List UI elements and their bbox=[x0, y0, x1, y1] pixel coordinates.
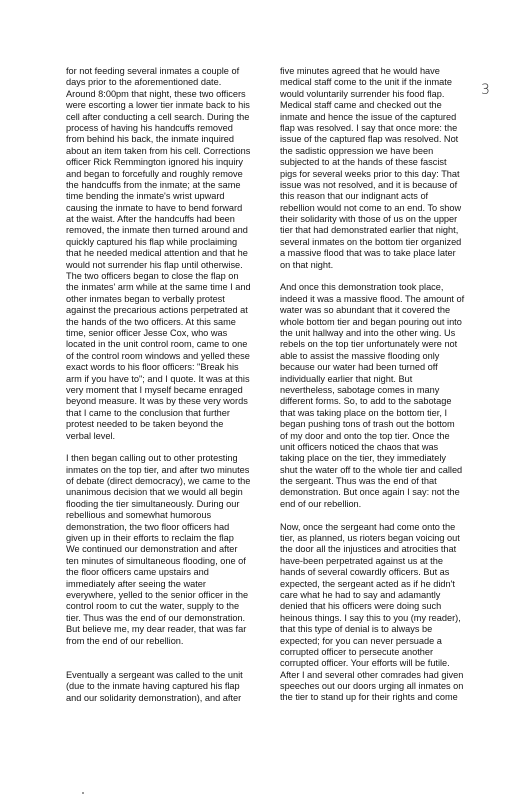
text-line: inmates on the top tier, and after two m… bbox=[66, 465, 272, 476]
text-line: five minutes agreed that he would have bbox=[280, 66, 492, 77]
text-line: from behind his back, the inmate inquire… bbox=[66, 134, 272, 145]
text-line: against the precarious actions perpetrat… bbox=[66, 305, 272, 316]
text-line: began pushing tons of trash out the bott… bbox=[280, 419, 492, 430]
text-line: corrupted officer. Your efforts will be … bbox=[280, 658, 492, 669]
paragraph: I then began calling out to other protes… bbox=[66, 453, 272, 647]
text-line: process of having his handcuffs removed bbox=[66, 123, 272, 134]
text-line: nevertheless, sabotage comes in many bbox=[280, 385, 492, 396]
text-line: officer Rick Remmington ignored his inqu… bbox=[66, 157, 272, 168]
text-line: at the waist. After the handcuffs had be… bbox=[66, 214, 272, 225]
text-line: on that night. bbox=[280, 260, 492, 271]
text-line: cell after conducting a cell search. Dur… bbox=[66, 112, 272, 123]
text-line: pigs for several weeks prior to this day… bbox=[280, 169, 492, 180]
text-line: for not feeding several inmates a couple… bbox=[66, 66, 272, 77]
text-line: issue of the captured flap was resolved.… bbox=[280, 134, 492, 145]
text-line: the sergeant. Thus was the end of that bbox=[280, 476, 492, 487]
text-line: control room to cut the water, supply to… bbox=[66, 601, 272, 612]
text-line: ten minutes of simultaneous flooding, on… bbox=[66, 556, 272, 567]
text-line: and our solidarity demonstration), and a… bbox=[66, 693, 272, 704]
paragraph: And once this demonstration took place,i… bbox=[280, 282, 492, 510]
text-line: everywhere, yelled to the senior officer… bbox=[66, 590, 272, 601]
text-line: tier that had demonstrated earlier that … bbox=[280, 225, 492, 236]
text-line: other inmates began to verbally protest bbox=[66, 294, 272, 305]
text-line: located in the unit control room, came t… bbox=[66, 339, 272, 350]
text-line: individually earlier that night. But bbox=[280, 374, 492, 385]
text-line: expected, the sergeant acted as if he di… bbox=[280, 579, 492, 590]
paragraph-gap bbox=[280, 510, 492, 521]
text-line: We continued our demonstration and after bbox=[66, 544, 272, 555]
text-line: of debate (direct democracy), we came to… bbox=[66, 476, 272, 487]
text-line: would not surrender his flap until other… bbox=[66, 260, 272, 271]
text-line: different forms. So, to add to the sabot… bbox=[280, 396, 492, 407]
paragraph-gap bbox=[280, 271, 492, 282]
left-column: for not feeding several inmates a couple… bbox=[66, 66, 272, 704]
text-line: the floor officers came upstairs and bbox=[66, 567, 272, 578]
text-line: expected; for you can never persuade a bbox=[280, 636, 492, 647]
text-line: days prior to the aforementioned date. bbox=[66, 77, 272, 88]
text-line: flap was resolved. I say that once more:… bbox=[280, 123, 492, 134]
text-line: would voluntarily surrender his food fla… bbox=[280, 89, 492, 100]
text-line: that this type of denial is to always be bbox=[280, 624, 492, 635]
text-line: have-been perpetrated against us at the bbox=[280, 556, 492, 567]
text-line: After I and several other comrades had g… bbox=[280, 670, 492, 681]
text-line: from the end of our rebellion. bbox=[66, 636, 272, 647]
text-line: the door all the injustices and atrociti… bbox=[280, 544, 492, 555]
text-line: protest needed to be taken beyond the bbox=[66, 419, 272, 430]
text-line: several inmates on the bottom tier organ… bbox=[280, 237, 492, 248]
text-line: demonstration, the two floor officers ha… bbox=[66, 522, 272, 533]
right-column: five minutes agreed that he would haveme… bbox=[280, 66, 492, 704]
text-line: inmate and hence the issue of the captur… bbox=[280, 112, 492, 123]
paragraph: Eventually a sergeant was called to the … bbox=[66, 670, 272, 704]
text-line: the hands of the two officers. At this s… bbox=[66, 317, 272, 328]
scan-speck bbox=[82, 792, 84, 794]
text-line: end of our rebellion. bbox=[280, 499, 492, 510]
text-line: denied that his officers were doing such bbox=[280, 601, 492, 612]
text-line: The two officers began to close the flap… bbox=[66, 271, 272, 282]
text-line: that I came to the conclusion that furth… bbox=[66, 408, 272, 419]
text-line: Now, once the sergeant had come onto the bbox=[280, 522, 492, 533]
text-line: immediately after seeing the water bbox=[66, 579, 272, 590]
text-line: given up in their efforts to reclaim the… bbox=[66, 533, 272, 544]
text-line: of the control room windows and yelled t… bbox=[66, 351, 272, 362]
text-line: heinous things. I say this to you (my re… bbox=[280, 613, 492, 624]
text-line: that he needed medical attention and tha… bbox=[66, 248, 272, 259]
text-line: And once this demonstration took place, bbox=[280, 282, 492, 293]
text-line: their solidarity with those of us on the… bbox=[280, 214, 492, 225]
text-line: speeches out our doors urging all inmate… bbox=[280, 681, 492, 692]
text-line: the handcuffs from the inmate; at the sa… bbox=[66, 180, 272, 191]
text-line: the inmates' arm while at the same time … bbox=[66, 282, 272, 293]
text-line: because our water had been turned off bbox=[280, 362, 492, 373]
text-line: able to assist the massive flooding only bbox=[280, 351, 492, 362]
text-line: removed, the inmate then turned around a… bbox=[66, 225, 272, 236]
text-line: the unit hallway and into the other wing… bbox=[280, 328, 492, 339]
text-line: a massive flood that was to take place l… bbox=[280, 248, 492, 259]
text-line: of my door and onto the top tier. Once t… bbox=[280, 431, 492, 442]
paragraph: Now, once the sergeant had come onto the… bbox=[280, 522, 492, 704]
text-line: that was taking place on the bottom tier… bbox=[280, 408, 492, 419]
text-line: unanimous decision that we would all beg… bbox=[66, 487, 272, 498]
text-line: very moment that I myself became enraged bbox=[66, 385, 272, 396]
text-line: were escorting a lower tier inmate back … bbox=[66, 100, 272, 111]
text-line: unit officers noticed the chaos that was bbox=[280, 442, 492, 453]
text-line: rebels on the top tier unfortunately wer… bbox=[280, 339, 492, 350]
text-line: exact words to his floor officers: "Brea… bbox=[66, 362, 272, 373]
text-line: time, senior officer Jesse Cox, who was bbox=[66, 328, 272, 339]
text-line: corrupted officer to persecute another bbox=[280, 647, 492, 658]
text-line: and began to forcefully and roughly remo… bbox=[66, 169, 272, 180]
text-line: indeed it was a massive flood. The amoun… bbox=[280, 294, 492, 305]
text-line: beyond measure. It was by these very wor… bbox=[66, 396, 272, 407]
paragraph: for not feeding several inmates a couple… bbox=[66, 66, 272, 442]
text-line: I then began calling out to other protes… bbox=[66, 453, 272, 464]
text-line: arm if you have to"; and I quote. It was… bbox=[66, 374, 272, 385]
text-line: taking place on the tier, they immediate… bbox=[280, 453, 492, 464]
text-line: tier. Thus was the end of our demonstrat… bbox=[66, 613, 272, 624]
text-line: tier, as planned, us rioters began voici… bbox=[280, 533, 492, 544]
text-line: (due to the inmate having captured his f… bbox=[66, 681, 272, 692]
text-line: rebellious and somewhat humorous bbox=[66, 510, 272, 521]
text-line: hands of several cowardly officers. But … bbox=[280, 567, 492, 578]
paragraph-gap bbox=[66, 647, 272, 670]
text-line: about an item taken from his cell. Corre… bbox=[66, 146, 272, 157]
paragraph: five minutes agreed that he would haveme… bbox=[280, 66, 492, 271]
text-line: the tier to stand up for their rights an… bbox=[280, 692, 492, 703]
text-line: medical staff come to the unit if the in… bbox=[280, 77, 492, 88]
text-line: care what he had to say and adamantly bbox=[280, 590, 492, 601]
text-line: But believe me, my dear reader, that was… bbox=[66, 624, 272, 635]
document-page: 3 for not feeding several inmates a coup… bbox=[0, 0, 523, 809]
text-line: causing the inmate to have to bend forwa… bbox=[66, 203, 272, 214]
text-line: Around 8:00pm that night, these two offi… bbox=[66, 89, 272, 100]
text-line: Medical staff came and checked out the bbox=[280, 100, 492, 111]
text-line: rebellion would not come to an end. To s… bbox=[280, 203, 492, 214]
text-line: Eventually a sergeant was called to the … bbox=[66, 670, 272, 681]
text-line: the sadistic oppression we have been bbox=[280, 146, 492, 157]
text-line: verbal level. bbox=[66, 431, 272, 442]
text-line: quickly captured his flap while proclaim… bbox=[66, 237, 272, 248]
text-line: shut the water off to the whole tier and… bbox=[280, 465, 492, 476]
text-line: water was so abundant that it covered th… bbox=[280, 305, 492, 316]
text-line: this reason that our indignant acts of bbox=[280, 191, 492, 202]
text-line: demonstration. But once again I say: not… bbox=[280, 487, 492, 498]
text-line: time bending the inmate's wrist upward bbox=[66, 191, 272, 202]
text-line: whole bottom tier and began pouring out … bbox=[280, 317, 492, 328]
paragraph-gap bbox=[66, 442, 272, 453]
text-line: flooding the tier simultaneously. During… bbox=[66, 499, 272, 510]
text-line: subjected to at the hands of these fasci… bbox=[280, 157, 492, 168]
text-line: issue was not resolved, and it is becaus… bbox=[280, 180, 492, 191]
